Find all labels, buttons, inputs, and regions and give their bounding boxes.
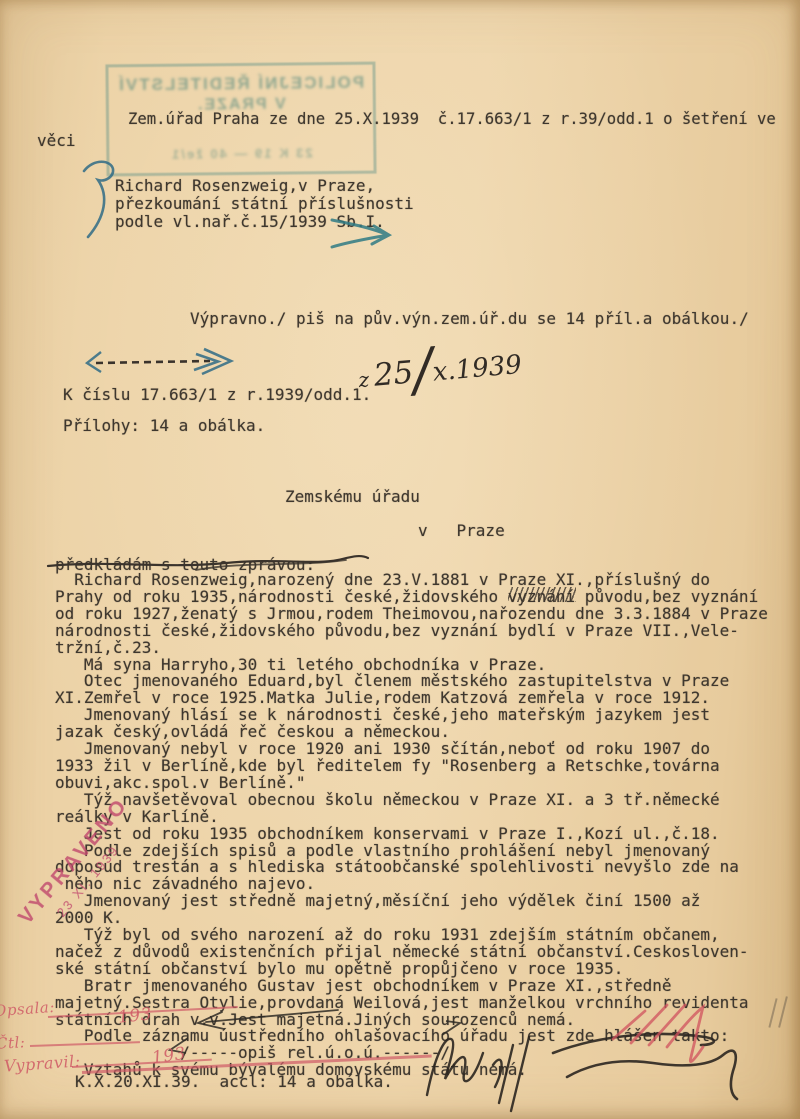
red-number-top: 193 <box>117 1004 153 1027</box>
scanned-document-page: POLICEJNÍ ŘEDITELSTVÍ V PRAZE. 23 K 19 —… <box>0 0 800 1119</box>
header-ref-line: Zem.úřad Praha ze dne 25.X.1939 č.17.663… <box>128 111 776 128</box>
faded-stamp-line1: POLICEJNÍ ŘEDITELSTVÍ <box>109 73 373 96</box>
addressee-heading: Zemskému úřadu <box>285 489 420 506</box>
handwritten-date-slash: / <box>413 369 432 371</box>
blue-chevron-icon <box>330 214 394 252</box>
subject-line2: přezkoumání státní příslušnosti <box>115 194 414 213</box>
handwritten-date: z 25/x.1939 <box>357 345 523 395</box>
prilohy-line: Přílohy: 14 a obálka. <box>63 418 265 435</box>
slash-strikeout-overlay <box>508 587 576 602</box>
k-cislu-line: K číslu 17.663/1 z r.1939/odd.1. <box>63 387 371 404</box>
addressee-city: v Praze <box>418 523 505 540</box>
dispatch-note: Výpravno./ piš na pův.výn.zem.úř.du se 1… <box>190 311 749 328</box>
handwritten-date-prefix: z <box>358 367 371 392</box>
veci-label: věci <box>37 133 76 150</box>
handwritten-date-rest: x.1939 <box>432 350 523 388</box>
signature-red <box>405 995 800 1119</box>
handwritten-date-day: 25 <box>372 354 414 393</box>
faded-stamp-line3: 23 K 19 — 40 že/1 <box>109 145 373 163</box>
subject-line1: Richard Rosenzweig,v Praze, <box>115 176 375 195</box>
dashed-arrow-icon <box>84 344 236 380</box>
footer-typed-line: K.X.20.XI.39. accl: 14 a obálka. <box>75 1074 393 1091</box>
blue-brace-icon <box>80 155 116 241</box>
margin-note-ctl: Čtl: <box>0 1033 26 1053</box>
